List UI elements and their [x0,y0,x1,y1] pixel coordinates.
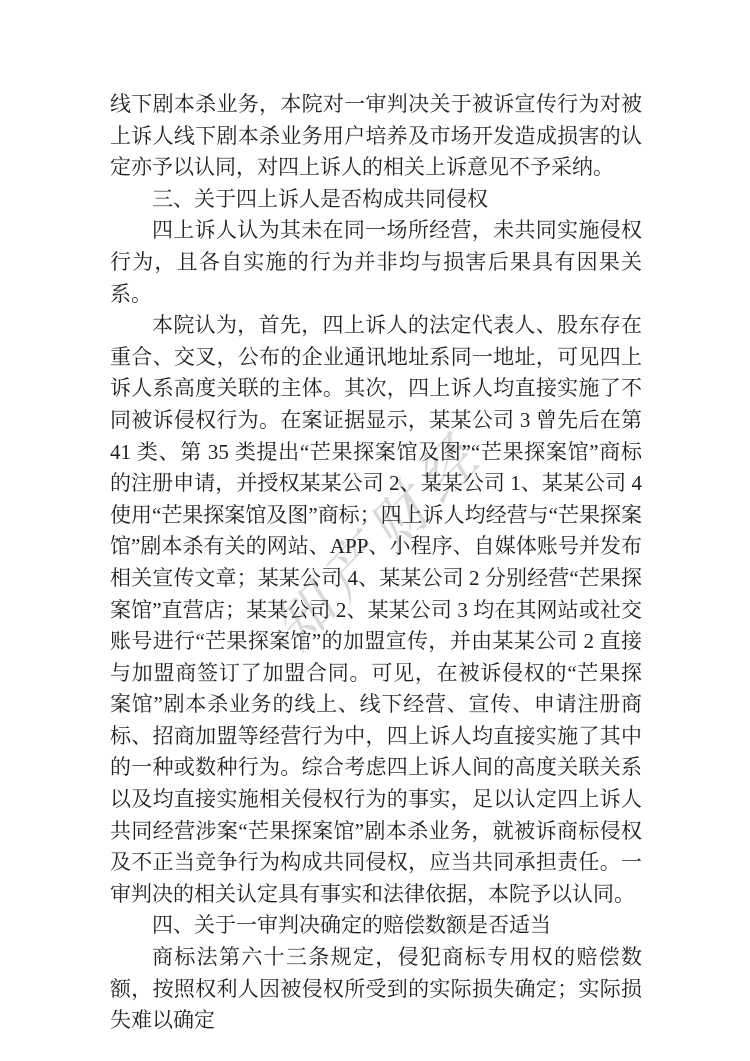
judgment-document-page: 知产财经 线下剧本杀业务，本院对一审判决关于被诉宣传行为对被上诉人线下剧本杀业务… [0,0,750,1061]
section-heading-four-damages-amount: 四、关于一审判决确定的赔偿数额是否适当 [110,910,642,942]
paragraph-continuation-prior-page: 线下剧本杀业务，本院对一审判决关于被诉宣传行为对被上诉人线下剧本杀业务用户培养及… [110,89,642,184]
document-body: 线下剧本杀业务，本院对一审判决关于被诉宣传行为对被上诉人线下剧本杀业务用户培养及… [110,89,642,1037]
paragraph-trademark-law-article-63: 商标法第六十三条规定，侵犯商标专用权的赔偿数额，按照权利人因被侵权所受到的实际损… [110,942,642,1037]
paragraph-appellants-argument: 四上诉人认为其未在同一场所经营，未共同实施侵权行为，且各自实施的行为并非均与损害… [110,215,642,310]
section-heading-three-joint-infringement: 三、关于四上诉人是否构成共同侵权 [110,184,642,216]
paragraph-court-analysis: 本院认为，首先，四上诉人的法定代表人、股东存在重合、交叉，公布的企业通讯地址系同… [110,310,642,910]
